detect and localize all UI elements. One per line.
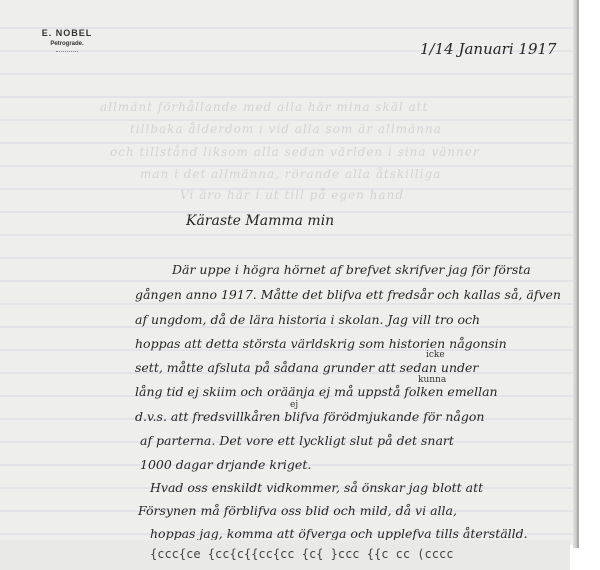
body-line: hoppas jag, komma att öfverga och upplef… <box>150 526 528 541</box>
show-through-line: man i det allmänna, rörande alla åtskill… <box>140 167 441 181</box>
letter-page: allmänt förhållande med alla här mina sk… <box>0 0 578 545</box>
salutation: Käraste Mamma min <box>186 213 334 229</box>
show-through-line: allmänt förhållande med alla här mina sk… <box>100 100 428 114</box>
letterhead-name: E. NOBEL <box>34 28 100 38</box>
torn-page-edge <box>573 0 579 548</box>
body-line: Hvad oss enskildt vidkommer, så önskar j… <box>150 480 483 495</box>
body-line: sett, måtte afsluta på sådana grunder at… <box>135 360 478 375</box>
body-line: af ungdom, då de lära historia i skolan.… <box>135 312 480 327</box>
body-line: Där uppe i högra hörnet af brefvet skrif… <box>172 262 531 277</box>
letterhead: E. NOBEL Petrograde. <box>34 28 100 52</box>
interlinear-note: ej <box>290 400 298 410</box>
body-line: lång tid ej skiim och oräänja ej må upps… <box>135 384 498 399</box>
body-line: hoppas att detta största världskrig som … <box>135 336 507 351</box>
body-line: 1000 dagar drjande kriget. <box>140 457 311 472</box>
letterhead-rule <box>56 51 78 52</box>
show-through-line: tillbaka ålderdom i vid alla som är allm… <box>130 122 442 136</box>
show-through-line: Vi äro här i ut till på egen hand <box>180 188 404 202</box>
body-line: d.v.s. att fredsvillkåren blifva förödmj… <box>135 409 484 424</box>
body-line: af parterna. Det vore ett lyckligt slut … <box>140 433 454 448</box>
body-line: gången anno 1917. Måtte det blifva ett f… <box>135 287 561 302</box>
bottom-glyph-line: {ccc{ce {cc{c{{cc{cc {c{ }ccc {{c cc (cc… <box>150 547 453 561</box>
letterhead-city: Petrograde. <box>34 41 100 47</box>
interlinear-note: icke <box>426 350 445 360</box>
interlinear-note: kunna <box>418 375 446 385</box>
show-through-line: och tillstånd liksom alla sedan världen … <box>110 145 480 159</box>
body-line: Försynen må förblifva oss blid och mild,… <box>138 503 457 518</box>
letter-date: 1/14 Januari 1917 <box>420 40 557 58</box>
